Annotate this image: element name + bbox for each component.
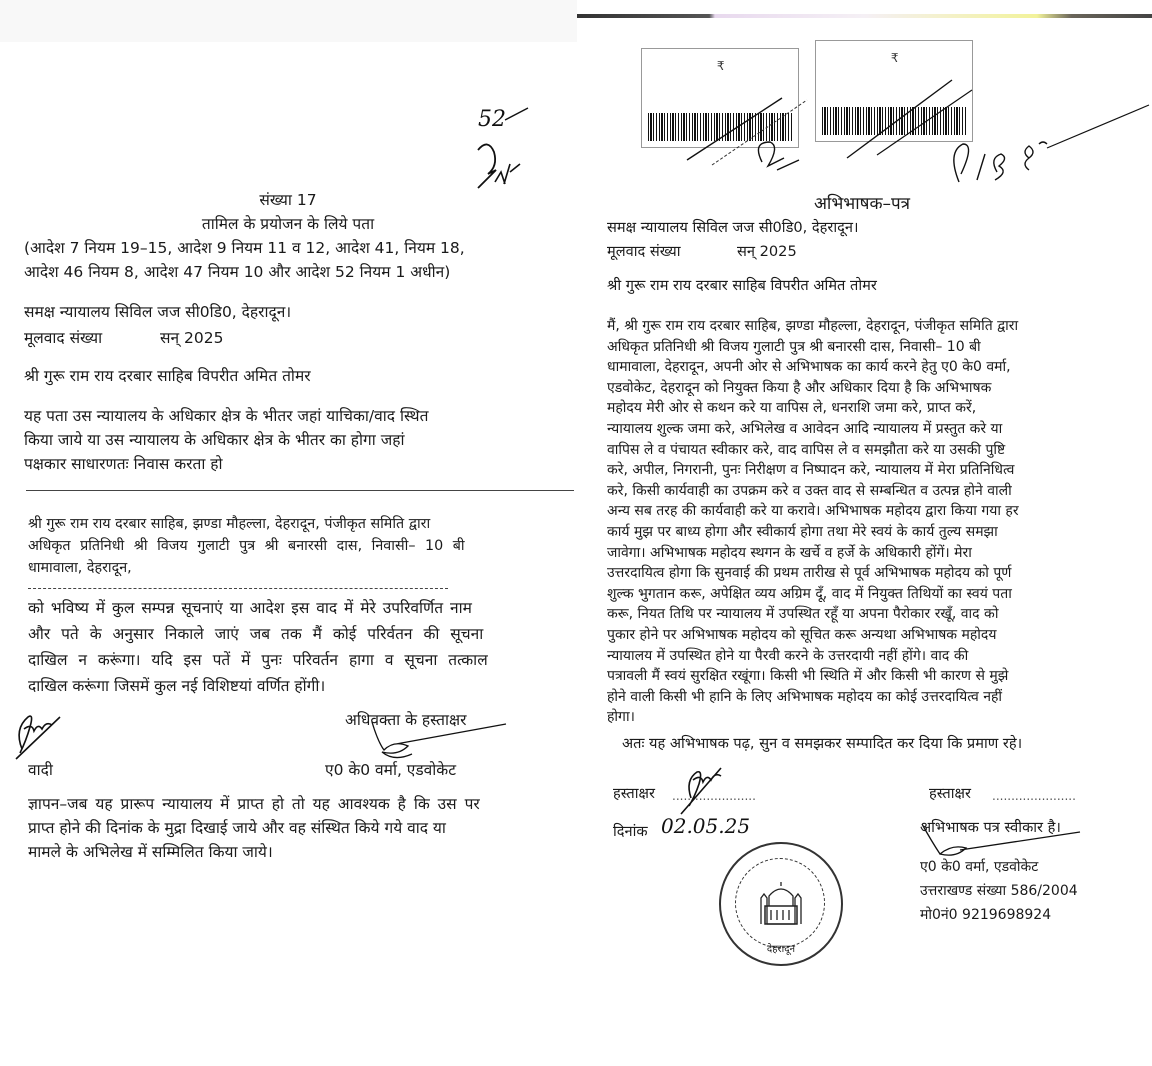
- case-number-label: मूलवाद संख्या: [24, 328, 102, 348]
- body-line: अन्य सब तरह की कार्यवाही करे या करावे। अ…: [607, 501, 1019, 521]
- divider: [26, 490, 574, 491]
- body-line: जावेगा। अभिभाषक महोदय स्थगन के खर्चे व ह…: [607, 543, 972, 563]
- case-year: सन् 2025: [737, 242, 797, 262]
- body-line: करे, अपील, निगरानी, पुनः निरीक्षण व निष्…: [607, 460, 1014, 480]
- date-handwritten: 02.05.25: [661, 814, 750, 838]
- advocate-signature-label: हस्ताक्षर: [929, 784, 971, 804]
- court-name: समक्ष न्यायालय सिविल जज सी0डि0, देहरादून…: [607, 218, 859, 238]
- court-name: समक्ष न्यायालय सिविल जज सी0डि0, देहरादून…: [24, 302, 291, 322]
- advocate-signature-line: ......................: [992, 786, 1076, 806]
- form-number: संख्या 17: [0, 190, 576, 210]
- address-for-service-page: 52 संख्या 17 तामिल के प्रयोजन के लिये पत…: [0, 42, 576, 1066]
- memo-line: ज्ञापन–जब यह प्रारूप न्यायालय में प्राप्…: [28, 794, 480, 814]
- body-line: न्यायालय में उपस्थित होने या पैरवी करने …: [607, 646, 968, 666]
- memo-line: प्राप्त होने की दिनांक के मुद्रा दिखाई ज…: [28, 818, 446, 838]
- advocate-name: ए0 के0 वर्मा, एडवोकेट: [920, 857, 1038, 877]
- address-line: धामावाला, देहरादून,: [28, 558, 132, 578]
- seal-city-text: देहरादून: [721, 940, 841, 960]
- body-line: धामावाला, देहरादून, अपनी ओर से अभिभाषक क…: [607, 357, 1011, 377]
- body-line: पुकार होने पर अभिभाषक महोदय को सूचित करू…: [607, 625, 996, 645]
- jurisdiction-note-line: यह पता उस न्यायालय के अधिकार क्षेत्र के …: [24, 406, 428, 426]
- plaintiff-signature: [10, 707, 70, 767]
- cancellation-marks: [577, 0, 1152, 200]
- jurisdiction-note-line: पक्षकार साधारणतः निवास करता हो: [24, 454, 223, 474]
- client-signature-label: हस्ताक्षर: [613, 784, 655, 804]
- body-line: पत्रावली मैं स्वयं सुरक्षित रखूंगा। किसी…: [607, 666, 1008, 686]
- body-line: वापिस ले व पंचायत स्वीकार करे, वाद वापिस…: [607, 440, 1005, 460]
- body-line: अधिकृत प्रतिनिधी श्री विजय गुलाटी पुत्र …: [607, 337, 981, 357]
- client-signature: [677, 760, 737, 820]
- undertaking-line: को भविष्य में कुल सम्पन्न सूचनाएं या आदे…: [28, 598, 472, 618]
- undertaking-line: दाखिल न करूंगा। यदि इस पतें में पुनः परि…: [28, 650, 488, 670]
- form-rules-line-2: आदेश 46 नियम 8, आदेश 47 नियम 10 और आदेश …: [24, 262, 450, 282]
- body-line: करू, नियत तिथि पर न्यायालय में उपस्थित र…: [607, 604, 998, 624]
- body-line: महोदय मेरी ओर से कथन करे या वापिस ले, धन…: [607, 398, 976, 418]
- body-line: होने वाली किसी भी हानि के लिए अभिभाषक मह…: [607, 687, 1002, 707]
- body-line: न्यायालय शुल्क जमा करे, अभिलेख व आवेदन आ…: [607, 419, 1002, 439]
- advocate-name: ए0 के0 वर्मा, एडवोकेट: [325, 760, 456, 780]
- handwritten-initials: [0, 42, 576, 242]
- undertaking-line: दाखिल करूंगा जिसमें कुल नई विशिष्टयां वर…: [28, 676, 325, 696]
- body-line: एडवोकेट, देहरादून को नियुक्त किया है और …: [607, 378, 991, 398]
- form-title: तामिल के प्रयोजन के लिये पता: [0, 214, 576, 234]
- fill-in-line: [28, 588, 448, 589]
- address-line: श्री गुरू राम राय दरबार साहिब, झण्डा मौह…: [28, 514, 430, 534]
- organization-seal: देहरादून: [719, 842, 843, 966]
- body-line: शुल्क भुगतान करू, अपेक्षित व्यय अग्रिम द…: [607, 584, 1012, 604]
- date-label: दिनांक: [613, 822, 648, 842]
- body-line: कार्य मुझ पर बाध्य होगा और स्वीकार्य होग…: [607, 522, 998, 542]
- form-rules-line-1: (आदेश 7 नियम 19–15, आदेश 9 नियम 11 व 12,…: [24, 238, 465, 258]
- undertaking-line: और पते के अनुसार निकाले जाएं जब तक मैं क…: [28, 624, 483, 644]
- address-line: अधिकृत प्रतिनिधी श्री विजय गुलाटी पुत्र …: [28, 536, 465, 556]
- case-number-label: मूलवाद संख्या: [607, 242, 681, 262]
- case-year: सन् 2025: [160, 328, 223, 348]
- advocate-mobile: मो0नं0 9219698924: [920, 905, 1051, 925]
- body-line: करे, किसी कार्यवाही का उपक्रम करे व उक्त…: [607, 481, 1012, 501]
- document-title: अभिभाषक–पत्र: [717, 194, 1007, 214]
- jurisdiction-note-line: किया जाये या उस न्यायालय के अधिकार क्षेत…: [24, 430, 404, 450]
- vakalatnama-page: ₹ ₹ अभिभाषक–पत्र समक्ष न्यायालय सिविल जज…: [577, 0, 1152, 1066]
- advocate-registration: उत्तराखण्ड संख्या 586/2004: [920, 881, 1078, 901]
- case-parties: श्री गुरू राम राय दरबार साहिब विपरीत अमि…: [607, 276, 877, 296]
- body-line: होगा।: [607, 707, 635, 727]
- body-line: उत्तरदायित्व होगा कि सुनवाई की प्रथम तार…: [607, 563, 1011, 583]
- body-line: मैं, श्री गुरू राम राय दरबार साहिब, झण्ड…: [607, 316, 1018, 336]
- plaintiff-label: वादी: [28, 760, 53, 780]
- memo-line: मामले के अभिलेख में सम्मिलित किया जाये।: [28, 842, 273, 862]
- case-parties: श्री गुरू राम राय दरबार साहिब विपरीत अमि…: [24, 366, 311, 386]
- scan-background-band: [0, 0, 578, 42]
- attestation-line: अतः यह अभिभाषक पढ़, सुन व समझकर सम्पादित…: [622, 734, 1022, 754]
